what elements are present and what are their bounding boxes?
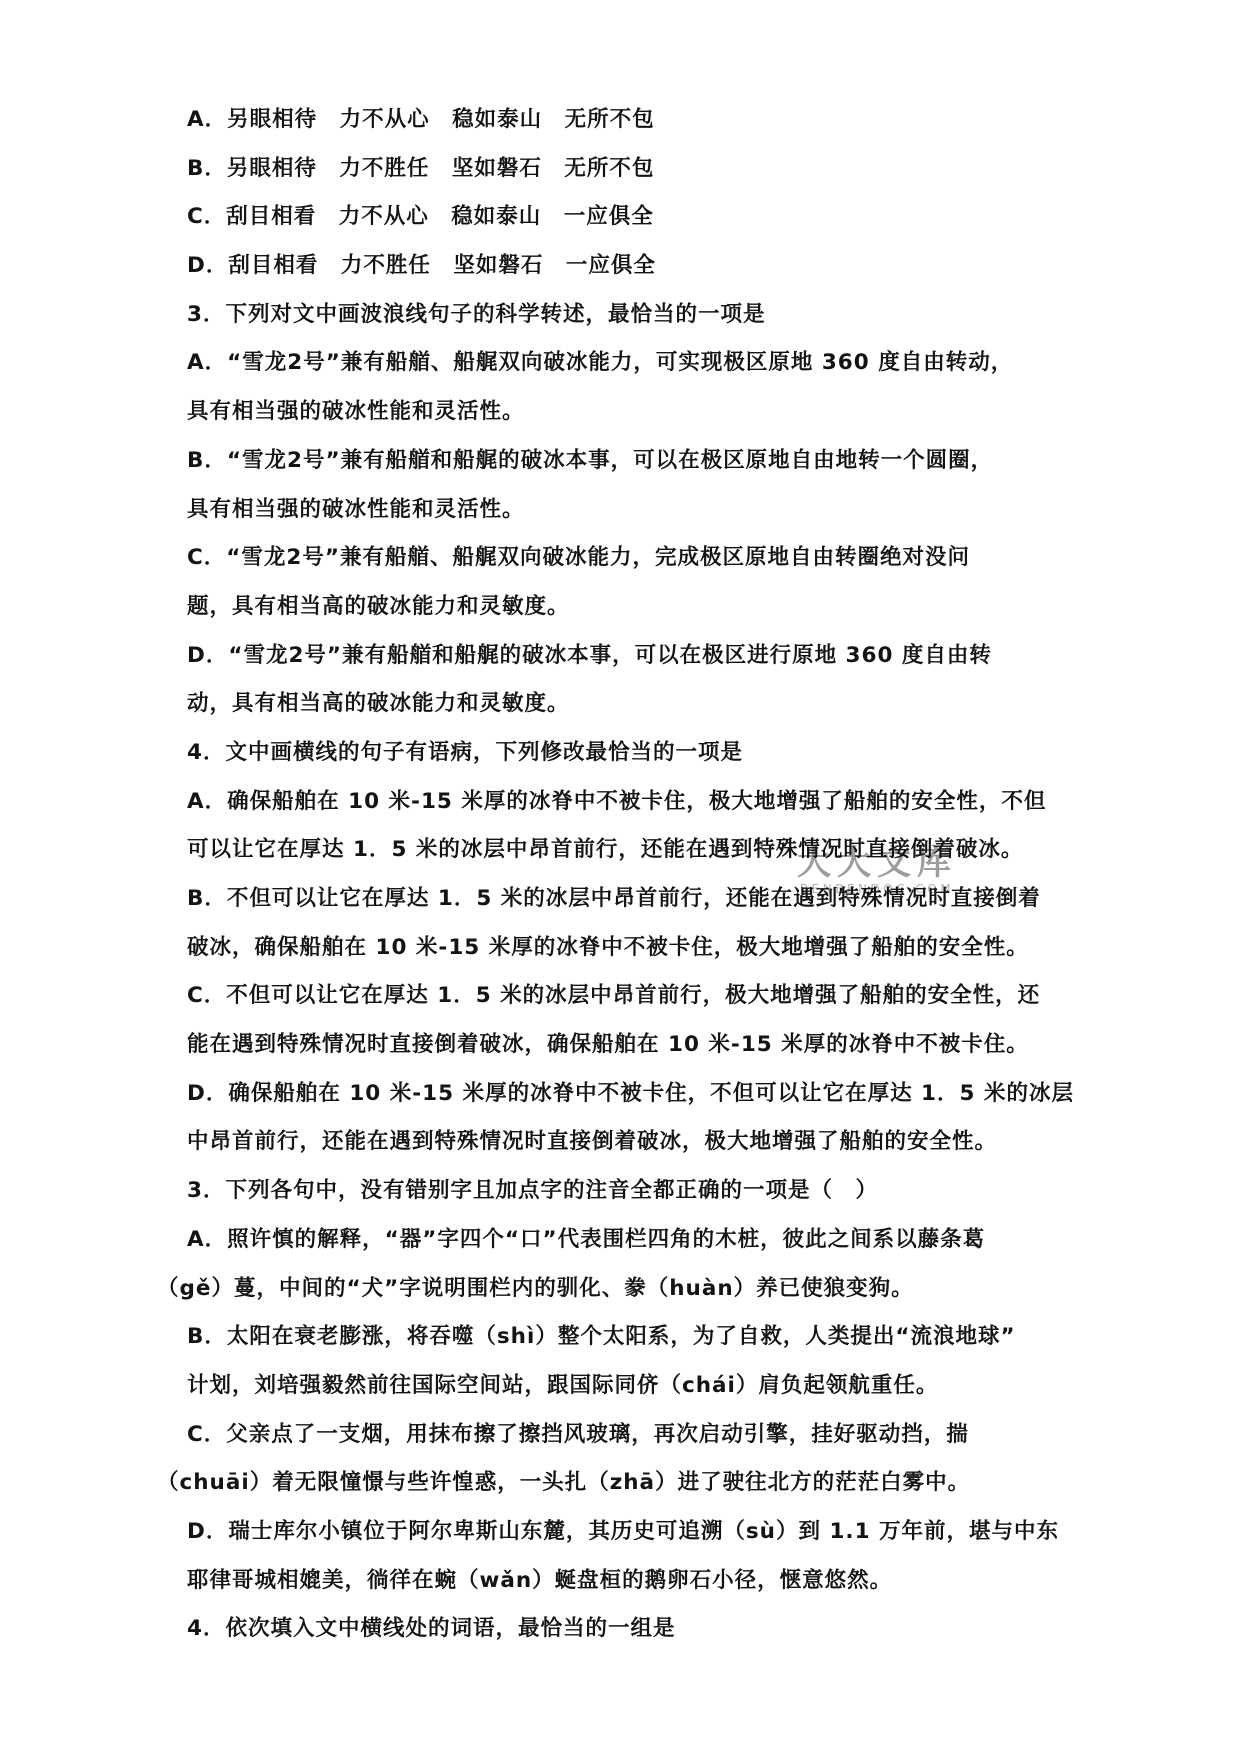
option-line-cont: 破冰，确保船舶在 10 米-15 米厚的冰脊中不被卡住，极大地增强了船舶的安全性… — [187, 924, 1090, 973]
option-line-d: D．“雪龙2号”兼有船艏和船艉的破冰本事，可以在极区进行原地 360 度自由转 — [187, 632, 1090, 681]
option-line-cont: 中昂首前行，还能在遇到特殊情况时直接倒着破冰，极大地增强了船舶的安全性。 — [187, 1118, 1090, 1167]
question-stem: 3．下列对文中画波浪线句子的科学转述，最恰当的一项是 — [187, 291, 1090, 340]
question-stem: 4．依次填入文中横线处的词语，最恰当的一组是 — [187, 1605, 1090, 1654]
option-line-b: B．不但可以让它在厚达 1．5 米的冰层中昂首前行，还能在遇到特殊情况时直接倒着 — [187, 875, 1090, 924]
option-line-d: D．刮目相看 力不胜任 坚如磐石 一应俱全 — [187, 242, 1090, 291]
option-line-a: A．另眼相待 力不从心 稳如泰山 无所不包 — [187, 96, 1090, 145]
option-line-cont: 能在遇到特殊情况时直接倒着破冰，确保船舶在 10 米-15 米厚的冰脊中不被卡住… — [187, 1021, 1090, 1070]
option-line-c: C．“雪龙2号”兼有船艏、船艉双向破冰能力，完成极区原地自由转圈绝对没问 — [187, 534, 1090, 583]
option-line-cont: （gě）蔓，中间的“犬”字说明围栏内的驯化、豢（huàn）养已使狼变狗。 — [157, 1265, 1090, 1314]
option-line-cont: 动，具有相当高的破冰能力和灵敏度。 — [187, 680, 1090, 729]
option-line-c: C．刮目相看 力不从心 稳如泰山 一应俱全 — [187, 193, 1090, 242]
question-stem: 4．文中画横线的句子有语病，下列修改最恰当的一项是 — [187, 729, 1090, 778]
option-line-cont: 题，具有相当高的破冰能力和灵敏度。 — [187, 583, 1090, 632]
option-line-c: C．父亲点了一支烟，用抹布擦了擦挡风玻璃，再次启动引擎，挂好驱动挡，揣 — [187, 1411, 1090, 1460]
option-line-cont: 具有相当强的破冰性能和灵活性。 — [187, 486, 1090, 535]
option-line-cont: 具有相当强的破冰性能和灵活性。 — [187, 388, 1090, 437]
exam-text-block: A．另眼相待 力不从心 稳如泰山 无所不包 B．另眼相待 力不胜任 坚如磐石 无… — [187, 96, 1090, 1654]
option-line-a: A．照许慎的解释，“器”字四个“口”代表围栏四角的木桩，彼此之间系以藤条葛 — [187, 1216, 1090, 1265]
question-stem: 3．下列各句中，没有错别字且加点字的注音全都正确的一项是（ ） — [187, 1167, 1090, 1216]
option-line-a: A．“雪龙2号”兼有船艏、船艉双向破冰能力，可实现极区原地 360 度自由转动， — [187, 339, 1090, 388]
option-line-d: D．确保船舶在 10 米-15 米厚的冰脊中不被卡住，不但可以让它在厚达 1．5… — [187, 1070, 1090, 1119]
option-line-b: B．太阳在衰老膨涨，将吞噬（shì）整个太阳系，为了自救，人类提出“流浪地球” — [187, 1313, 1090, 1362]
document-page: 大大文库 BENBENDOC.COM A．另眼相待 力不从心 稳如泰山 无所不包… — [0, 0, 1240, 1754]
option-line-b: B．另眼相待 力不胜任 坚如磐石 无所不包 — [187, 145, 1090, 194]
option-line-a: A．确保船舶在 10 米-15 米厚的冰脊中不被卡住，极大地增强了船舶的安全性，… — [187, 778, 1090, 827]
option-line-cont: 计划，刘培强毅然前往国际空间站，跟国际同侪（chái）肩负起领航重任。 — [187, 1362, 1090, 1411]
option-line-cont: 耶律哥城相媲美，徜徉在蜿（wǎn）蜒盘桓的鹅卵石小径，惬意悠然。 — [187, 1557, 1090, 1606]
option-line-cont: 可以让它在厚达 1．5 米的冰层中昂首前行，还能在遇到特殊情况时直接倒着破冰。 — [187, 826, 1090, 875]
option-line-cont: （chuāi）着无限憧憬与些许惶惑，一头扎（zhā）进了驶往北方的茫茫白雾中。 — [157, 1459, 1090, 1508]
option-line-d: D．瑞士库尔小镇位于阿尔卑斯山东麓，其历史可追溯（sù）到 1.1 万年前，堪与… — [187, 1508, 1090, 1557]
option-line-c: C．不但可以让它在厚达 1．5 米的冰层中昂首前行，极大地增强了船舶的安全性，还 — [187, 972, 1090, 1021]
option-line-b: B．“雪龙2号”兼有船艏和船艉的破冰本事，可以在极区原地自由地转一个圆圈， — [187, 437, 1090, 486]
